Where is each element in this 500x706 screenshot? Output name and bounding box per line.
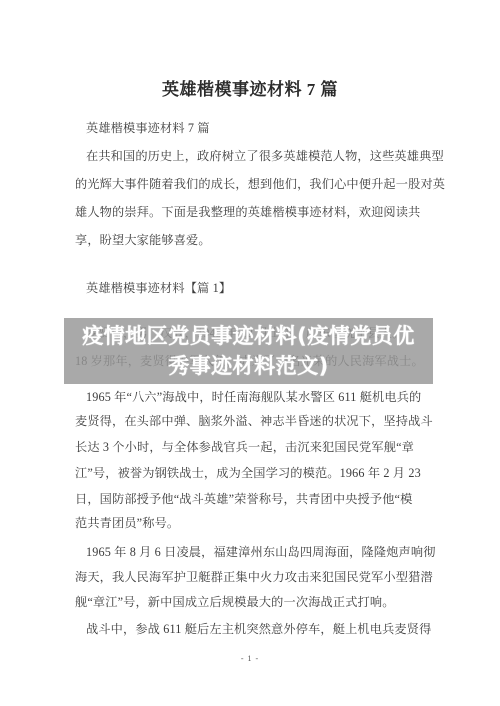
text-line: 舰“章江”号，新中国成立后规模最大的一次海战正式打响。 [75, 594, 395, 610]
text-line: 长达 3 个小时，与全体参战官兵一起，击沉来犯国民党军舰“章 [75, 439, 414, 455]
document-title: 英雄楷模事迹材料 7 篇 [0, 75, 500, 100]
text-line: 范共青团员”称号。 [75, 515, 179, 531]
text-line: 在共和国的历史上，政府树立了很多英雄模范人物，这些英雄典型 [75, 148, 444, 164]
text-line: 享，盼望大家能够喜爱。 [75, 232, 211, 248]
watermark-text-line-2: 秀事迹材料范文) [64, 351, 433, 381]
text-line: 日，国防部授予他“战斗英雄”荣誉称号，共青团中央授予他“模 [75, 491, 412, 507]
watermark-overlay: 疫情地区党员事迹材料(疫情党员优 秀事迹材料范文) [64, 318, 433, 384]
text-line: 雄人物的崇拜。下面是我整理的英雄楷模事迹材料，欢迎阅读共 [75, 204, 420, 220]
section-heading: 英雄楷模事迹材料【篇 1】 [75, 280, 231, 296]
text-line: 海天，我人民海军护卫艇群正集中火力攻击来犯国民党军小型猎潜 [75, 569, 433, 585]
text-line: 1965 年 8 月 6 日凌晨，福建漳州东山岛四周海面，隆隆炮声响彻 [75, 544, 436, 560]
text-line: 江”号，被誉为钢铁战士，成为全国学习的模范。1966 年 2 月 23 [75, 465, 421, 481]
text-line: 战斗中，参战 611 艇后左主机突然意外停车，艇上机电兵麦贤得 [75, 621, 431, 637]
document-page: 英雄楷模事迹材料 7 篇 英雄楷模事迹材料 7 篇 在共和国的历史上，政府树立了… [0, 0, 500, 706]
text-line: 的光辉大事件随着我们的成长，想到他们，我们心中便升起一股对英 [75, 176, 445, 192]
text-line: 1965 年“八六”海战中，时任南海舰队某水警区 611 艇机电兵的 [75, 389, 421, 405]
text-line: 麦贤得，在头部中弹、脑浆外溢、神志半昏迷的状况下，坚持战斗 [75, 413, 433, 429]
text-line-subtitle: 英雄楷模事迹材料 7 篇 [75, 120, 210, 136]
watermark-text-line-1: 疫情地区党员事迹材料(疫情党员优 [64, 321, 433, 351]
page-number: - 1 - [0, 654, 500, 663]
